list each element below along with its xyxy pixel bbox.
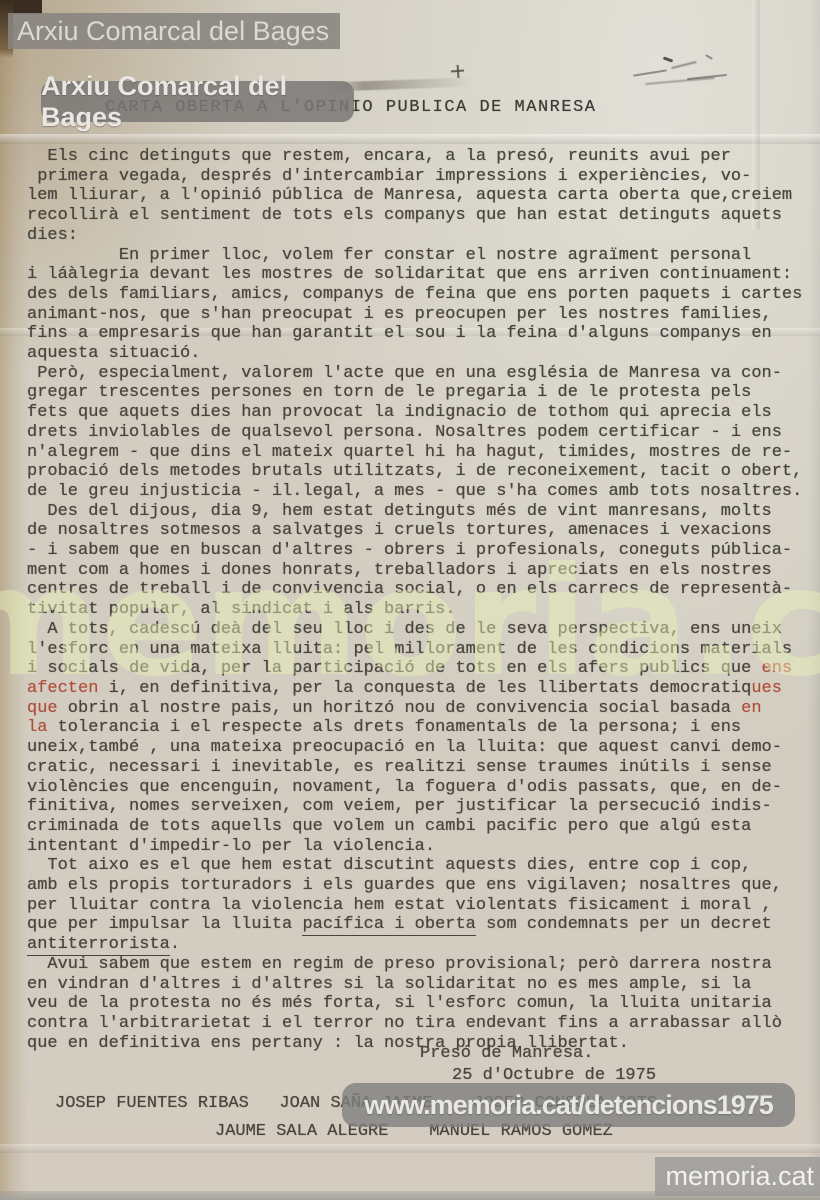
document-body: Els cinc detinguts que restem, encara, a… — [27, 147, 802, 1053]
document-line: afecten i, en definitiva, per la conques… — [27, 679, 802, 699]
document-line: de le greu injusticia - il.legal, a mes … — [27, 482, 802, 502]
document-line: ment com a homes i dones honrats, trebal… — [27, 561, 802, 581]
document-line: lem lliurar, a l'opinió pública de Manre… — [27, 186, 802, 206]
document-line: fins a empresaris que han garantit el so… — [27, 324, 802, 344]
document-line: que per impulsar la lluita pacífica i ob… — [27, 915, 802, 935]
document-line: gregar trescentes persones en torn de le… — [27, 383, 802, 403]
document-line: i socials de vida, per la participació d… — [27, 659, 802, 679]
document-line: Des del dijous, dia 9, hem estat detingu… — [27, 502, 802, 522]
closing-place: Presó de Manresa. — [420, 1044, 593, 1063]
document-line: centres de treball i de convivencia soci… — [27, 580, 802, 600]
document-line: fets que aquets dies han provocat la ind… — [27, 403, 802, 423]
document-line: probació dels metodes brutals utilitzats… — [27, 462, 802, 482]
document-line: contra l'arbitrarietat i el terror no ti… — [27, 1014, 802, 1034]
archive-watermark-inner: Arxiu Comarcal del Bages — [41, 81, 354, 122]
document-line: Tot aixo es el que hem estat discutint a… — [27, 856, 802, 876]
document-line: animant-nos, que s'han preocupat i es pr… — [27, 305, 802, 325]
document-line: l'esforc en una mateixa lluita: pel mill… — [27, 640, 802, 660]
document-line: Però, especialment, valorem l'acte que e… — [27, 364, 802, 384]
document-line: recollirà el sentiment de tots els compa… — [27, 206, 802, 226]
document-line: violències que encenguin, novament, la f… — [27, 778, 802, 798]
document-line: intentant d'impedir-lo per la violencia. — [27, 837, 802, 857]
document-line: primera vegada, després d'intercambiar i… — [27, 167, 802, 187]
url-watermark-banner: www.memoria.cat/detencions1975 — [342, 1083, 795, 1127]
scanned-document-page: { "watermarks": { "archive_top": "Arxiu … — [0, 0, 820, 1200]
document-line: finitiva, nomes serveixen, com veiem, pe… — [27, 797, 802, 817]
document-line: Avui sabem que estem en regim de preso p… — [27, 955, 802, 975]
document-line: tivitat popular, al sindicat i als barri… — [27, 600, 802, 620]
document-line: Els cinc detinguts que restem, encara, a… — [27, 147, 802, 167]
document-line: En primer lloc, volem fer constar el nos… — [27, 246, 802, 266]
document-line: des dels familiars, amics, companys de f… — [27, 285, 802, 305]
document-line: que obrin al nostre pais, un horitzó nou… — [27, 699, 802, 719]
document-line: drets inviolables de qualsevol persona. … — [27, 423, 802, 443]
document-line: que en definitiva ens pertany : la nostr… — [27, 1034, 802, 1054]
document-line: veu de la protesta no és més forta, si l… — [27, 994, 802, 1014]
document-line: amb els propis torturadors i els guardes… — [27, 876, 802, 896]
document-line: en vindran d'altres i d'altres si la sol… — [27, 975, 802, 995]
site-watermark-small: memoria.cat — [655, 1157, 820, 1196]
document-line: i láàlegria devant les mostres de solida… — [27, 265, 802, 285]
document-line: uneix,també , una mateixa preocupació en… — [27, 738, 802, 758]
document-line: la tolerancia i el respecte als drets fo… — [27, 718, 802, 738]
document-line: A tots, cadescú deà del seu lloc i des d… — [27, 620, 802, 640]
document-line: cratic, necessari i inevitable, es reali… — [27, 758, 802, 778]
document-line: per lluitar contra la violencia hem esta… — [27, 896, 802, 916]
document-line: - i sabem que en buscan d'altres - obrer… — [27, 541, 802, 561]
document-line: aquesta situació. — [27, 344, 802, 364]
document-line: n'alegrem - que dins el mateix quartel h… — [27, 443, 802, 463]
pencil-cross-mark — [451, 64, 465, 79]
archive-watermark-top: Arxiu Comarcal del Bages — [8, 13, 340, 49]
document-line: de nosaltres sotmesos a salvatges i crue… — [27, 521, 802, 541]
document-line: dies: — [27, 226, 802, 246]
document-line: criminada de tots aquells que volem un c… — [27, 817, 802, 837]
document-line: antiterrorista. — [27, 935, 802, 955]
